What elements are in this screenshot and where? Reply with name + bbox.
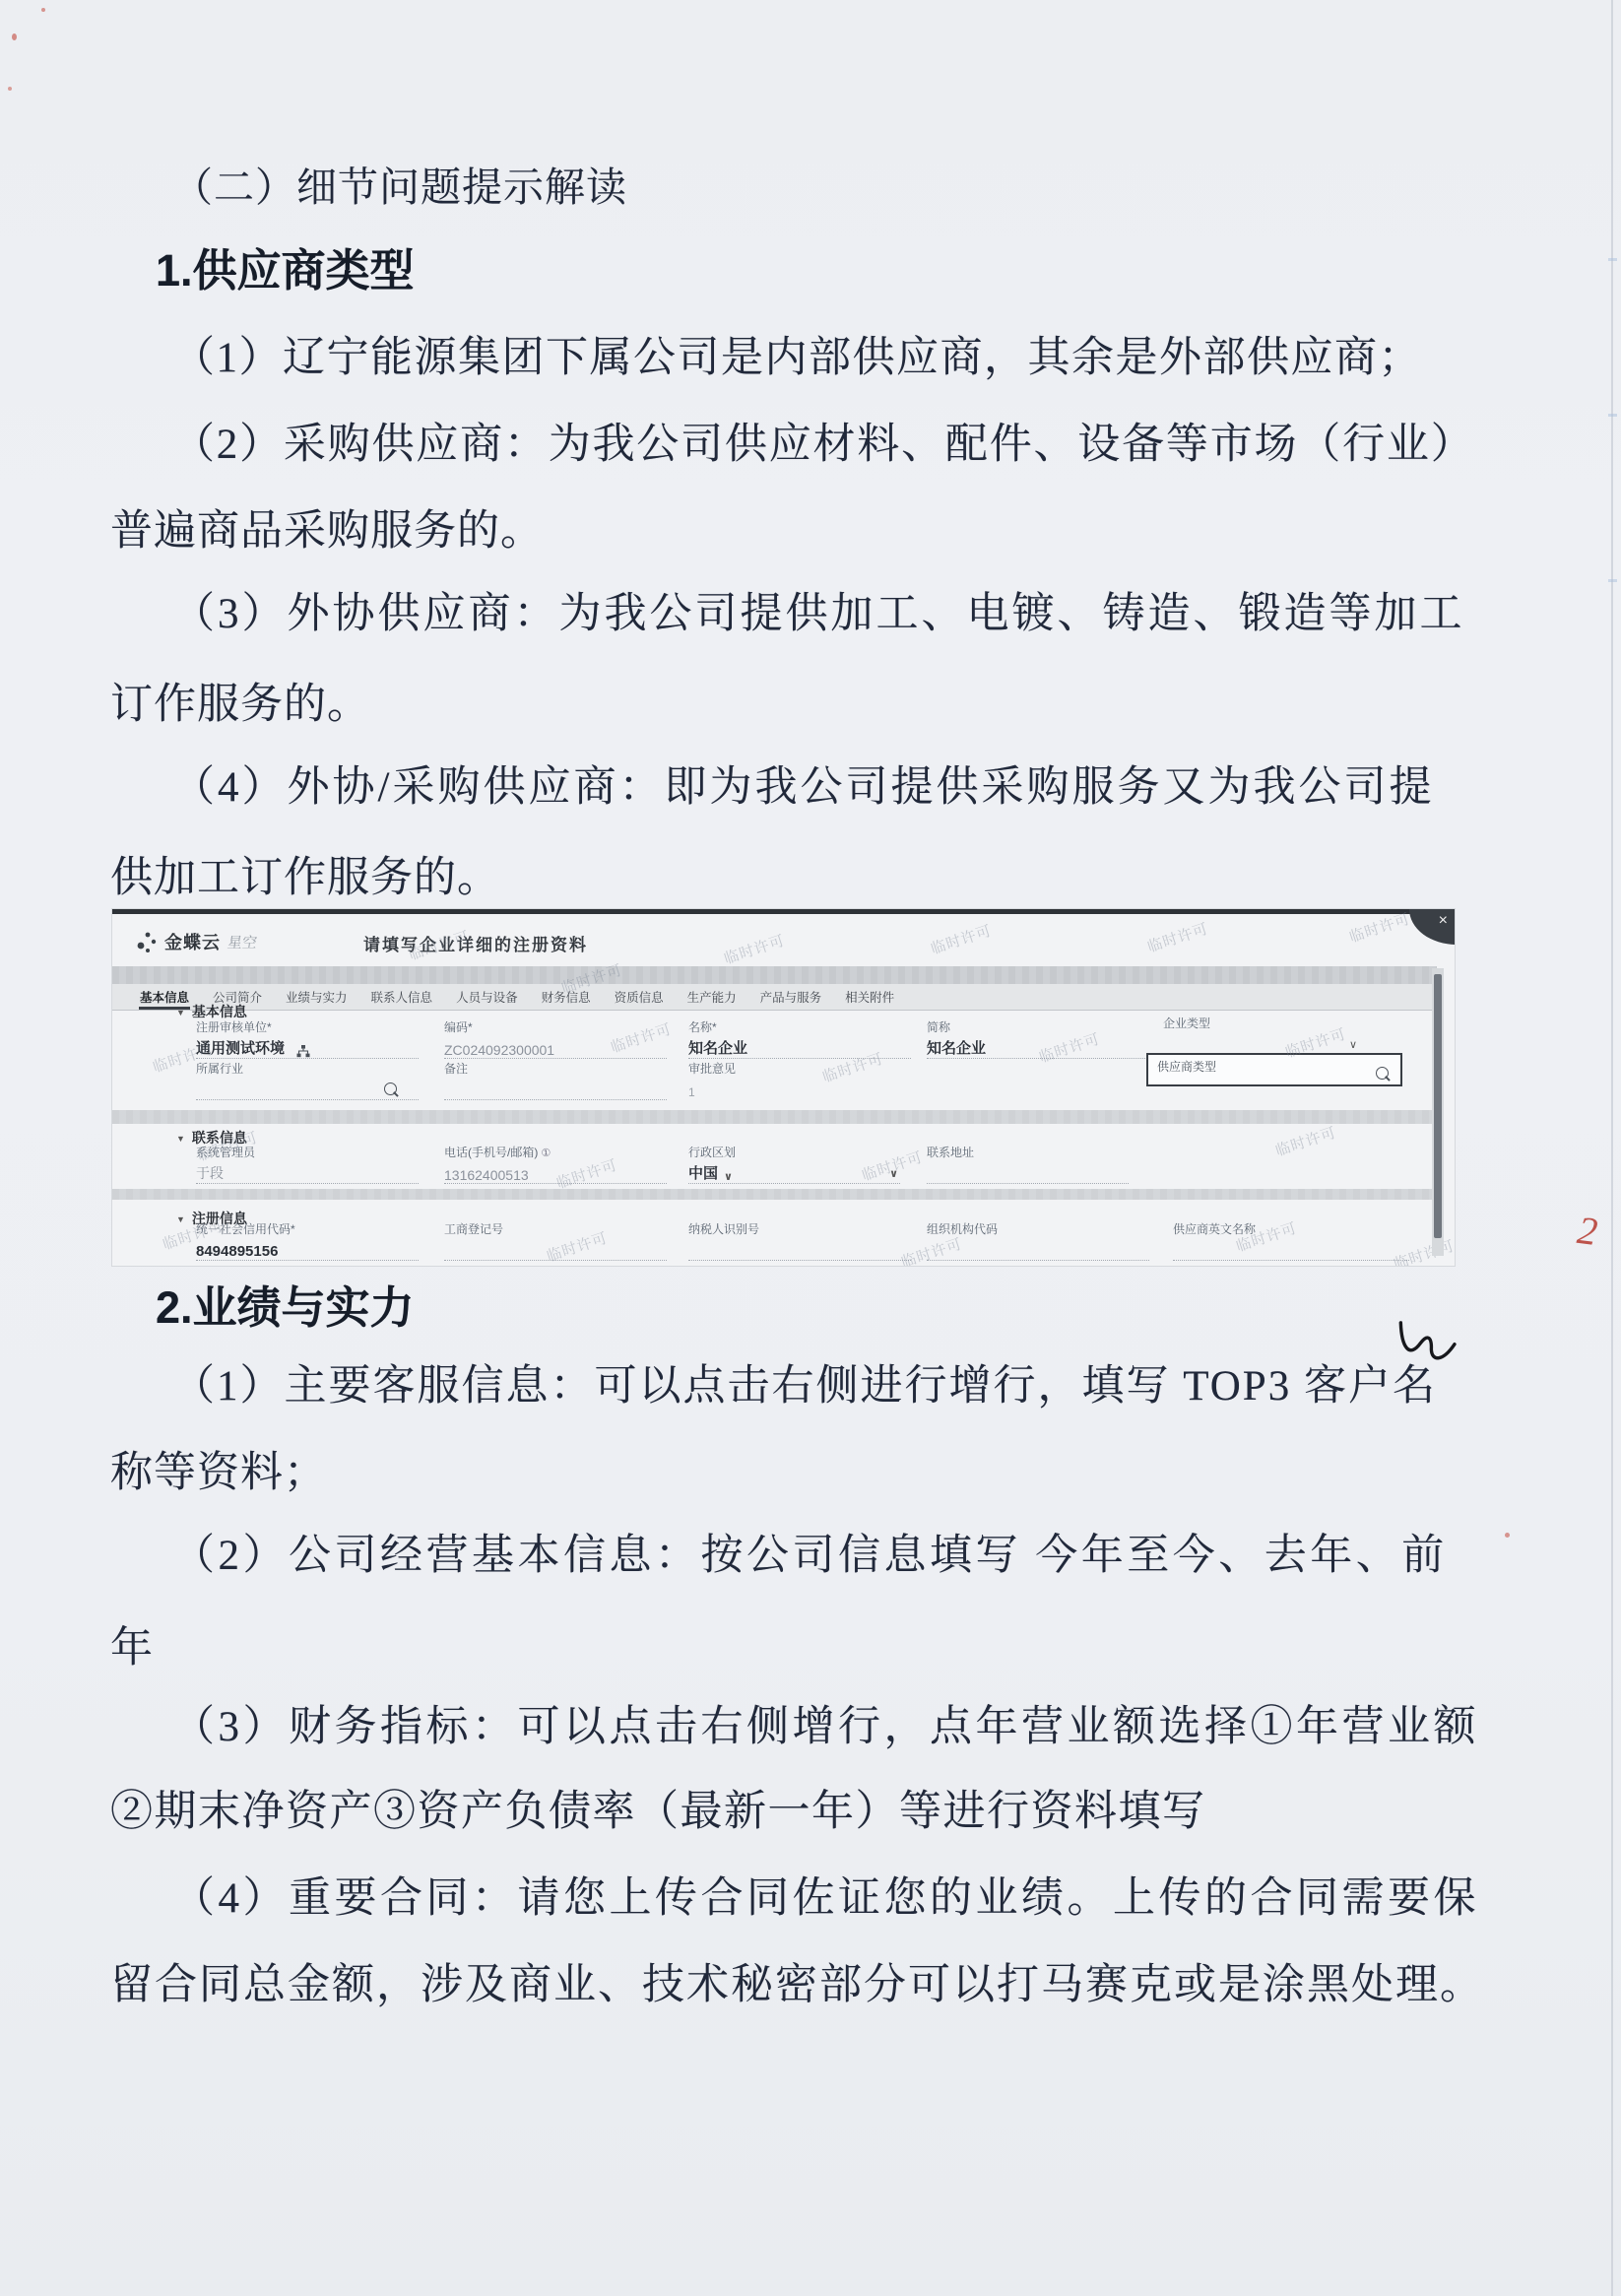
brand-name: 金蝶云 bbox=[164, 929, 221, 954]
doc-heading-supplier-type: 1.供应商类型 bbox=[156, 246, 415, 295]
separator-band bbox=[112, 1110, 1437, 1124]
chevron-down-icon[interactable]: ∨ bbox=[889, 1169, 898, 1180]
scanned-document-page: （二）细节问题提示解读 1.供应商类型 （1）辽宁能源集团下属公司是内部供应商，… bbox=[0, 0, 1621, 2296]
tab-performance-strength[interactable]: 业绩与实力 bbox=[285, 984, 349, 1010]
field-name: 名称* 知名企业 bbox=[688, 1018, 911, 1059]
collapse-arrow-icon: ▼ bbox=[176, 1134, 185, 1144]
doc-line: （3）财务指标：可以点击右侧增行，点年营业额选择①年营业额 bbox=[172, 1704, 1479, 1751]
tab-related-attachments[interactable]: 相关附件 bbox=[844, 984, 895, 1010]
tab-qualification-info[interactable]: 资质信息 bbox=[614, 984, 665, 1010]
region-select[interactable]: 中国 ∨ ∨ bbox=[688, 1163, 900, 1184]
doc-line: （1）主要客服信息：可以点击右侧进行增行，填写 TOP3 客户名 bbox=[172, 1363, 1437, 1410]
supplier-en-name-input[interactable] bbox=[1173, 1240, 1409, 1261]
tab-contact-person-info[interactable]: 联系人信息 bbox=[370, 984, 434, 1010]
kingdee-logo-icon bbox=[136, 930, 158, 953]
dialog-header: 金蝶云 星空 bbox=[136, 925, 257, 958]
field-enterprise-type: 企业类型 ∨ bbox=[1163, 1015, 1402, 1055]
uscc-input[interactable]: 8494895156 bbox=[196, 1240, 419, 1261]
doc-line: 供加工订作服务的。 bbox=[110, 855, 500, 902]
doc-line: （2）公司经营基本信息：按公司信息填写 今年至今、去年、前 bbox=[172, 1533, 1448, 1580]
field-business-reg-no: 工商登记号 bbox=[444, 1220, 667, 1261]
code-input[interactable]: ZC024092300001 bbox=[444, 1038, 667, 1059]
watermark: 临时许可 bbox=[721, 930, 787, 969]
field-audit-unit: 注册审核单位* 通用测试环境 bbox=[196, 1018, 419, 1059]
field-value: 13162400513 bbox=[444, 1167, 529, 1183]
industry-input[interactable] bbox=[196, 1080, 419, 1100]
kingdee-logo bbox=[136, 930, 158, 953]
scan-speck bbox=[8, 87, 12, 91]
chevron-down-icon[interactable]: ∨ bbox=[724, 1172, 733, 1183]
scan-tick bbox=[1608, 258, 1617, 261]
field-label: 联系地址 bbox=[927, 1144, 1129, 1160]
name-input[interactable]: 知名企业 bbox=[688, 1038, 911, 1059]
supplier-type-box[interactable]: 供应商类型 bbox=[1146, 1053, 1402, 1086]
close-button[interactable]: × bbox=[1409, 909, 1456, 945]
field-label: 简称 bbox=[927, 1018, 1149, 1035]
tab-production-capacity[interactable]: 生产能力 bbox=[686, 984, 738, 1010]
scan-speck bbox=[12, 33, 17, 40]
registration-dialog: × 金蝶云 星空 请填写企业详细的注册资料 基本信息 公司简介 业绩与实力 联系… bbox=[111, 908, 1456, 1267]
remark-input[interactable] bbox=[444, 1080, 667, 1100]
field-address: 联系地址 bbox=[927, 1144, 1129, 1184]
field-label: 供应商类型 bbox=[1157, 1058, 1216, 1075]
doc-section-title: （二）细节问题提示解读 bbox=[172, 165, 627, 211]
doc-line: （4）重要合同：请您上传合同佐证您的业绩。上传的合同需要保 bbox=[172, 1875, 1479, 1923]
doc-heading-performance: 2.业绩与实力 bbox=[156, 1283, 415, 1333]
field-label: 审批意见 bbox=[688, 1060, 911, 1077]
field-label: 名称* bbox=[688, 1018, 911, 1035]
doc-line: 普遍商品采购服务的。 bbox=[110, 508, 544, 556]
watermark: 临时许可 bbox=[1272, 1122, 1338, 1161]
system-admin-input[interactable]: 于段 bbox=[196, 1163, 419, 1184]
scan-tick bbox=[1608, 579, 1617, 582]
short-name-input[interactable]: 知名企业 bbox=[927, 1038, 1149, 1059]
info-icon[interactable]: ① bbox=[541, 1147, 551, 1159]
field-code: 编码* ZC024092300001 bbox=[444, 1018, 667, 1059]
field-org-code: 组织机构代码 bbox=[927, 1220, 1149, 1261]
field-short-name: 简称 知名企业 bbox=[927, 1018, 1149, 1059]
handwritten-margin-mark: 2 bbox=[1575, 1207, 1600, 1255]
field-label: 供应商英文名称 bbox=[1173, 1220, 1409, 1237]
chevron-down-icon[interactable]: ∨ bbox=[1349, 1040, 1357, 1051]
tab-finance-info[interactable]: 财务信息 bbox=[541, 984, 592, 1010]
field-industry: 所属行业 bbox=[196, 1060, 419, 1100]
field-value: ZC024092300001 bbox=[444, 1042, 554, 1058]
doc-line: （3）外协供应商：为我公司提供加工、电镀、铸造、锻造等加工 bbox=[172, 591, 1465, 638]
field-label: 备注 bbox=[444, 1060, 667, 1077]
field-remark: 备注 bbox=[444, 1060, 667, 1100]
address-input[interactable] bbox=[927, 1163, 1129, 1184]
doc-line: （1）辽宁能源集团下属公司是内部供应商，其余是外部供应商； bbox=[172, 335, 1422, 382]
doc-line: 年 bbox=[110, 1625, 154, 1673]
field-supplier-en-name: 供应商英文名称 bbox=[1173, 1220, 1409, 1261]
collapse-arrow-icon: ▼ bbox=[176, 1214, 185, 1224]
field-label: 编码* bbox=[444, 1018, 667, 1035]
field-value: 知名企业 bbox=[927, 1037, 986, 1058]
scan-speck bbox=[41, 8, 45, 12]
field-label: 注册审核单位* bbox=[196, 1018, 419, 1035]
doc-line: 留合同总金额，涉及商业、技术秘密部分可以打马赛克或是涂黑处理。 bbox=[110, 1962, 1484, 2009]
field-label: 企业类型 bbox=[1163, 1015, 1402, 1031]
scan-speck bbox=[1505, 1533, 1510, 1538]
field-value: 通用测试环境 bbox=[196, 1037, 285, 1058]
field-label: 纳税人识别号 bbox=[688, 1220, 911, 1237]
doc-line: ②期末净资产③资产负债率（最新一年）等进行资料填写 bbox=[110, 1789, 1206, 1836]
field-label: 电话(手机号/邮箱)① bbox=[444, 1144, 667, 1160]
field-value: 8494895156 bbox=[196, 1243, 278, 1260]
scan-tick bbox=[1608, 414, 1617, 417]
tab-bar: 基本信息 公司简介 业绩与实力 联系人信息 人员与设备 财务信息 资质信息 生产… bbox=[112, 984, 1437, 1011]
doc-line: （2）采购供应商：为我公司供应材料、配件、设备等市场（行业） bbox=[172, 422, 1475, 469]
scan-edge-line bbox=[1611, 0, 1613, 2296]
enterprise-type-select[interactable]: ∨ bbox=[1163, 1034, 1402, 1055]
field-label: 系统管理员 bbox=[196, 1144, 419, 1160]
audit-unit-input[interactable]: 通用测试环境 bbox=[196, 1038, 419, 1059]
scrollbar-thumb[interactable] bbox=[1434, 974, 1442, 1238]
doc-line: 称等资料； bbox=[110, 1450, 327, 1497]
section-title: 基本信息 bbox=[192, 1004, 247, 1019]
collapse-arrow-icon: ▼ bbox=[176, 1008, 185, 1017]
watermark: 临时许可 bbox=[1144, 918, 1210, 957]
tab-products-services[interactable]: 产品与服务 bbox=[759, 984, 823, 1010]
separator-band bbox=[112, 1189, 1437, 1200]
separator-band bbox=[112, 966, 1437, 984]
field-value: 于段 bbox=[196, 1163, 224, 1183]
doc-line: 订作服务的。 bbox=[110, 682, 370, 729]
org-code-input[interactable] bbox=[927, 1240, 1149, 1261]
field-taxpayer-id: 纳税人识别号 bbox=[688, 1220, 911, 1261]
dialog-title: 请填写企业详细的注册资料 bbox=[363, 931, 588, 955]
brand-suffix: 星空 bbox=[227, 932, 259, 952]
field-uscc: 统一社会信用代码* 8494895156 bbox=[196, 1220, 419, 1261]
field-region: 行政区划 中国 ∨ ∨ bbox=[688, 1144, 900, 1184]
org-lookup-icon[interactable] bbox=[296, 1045, 310, 1058]
phone-input[interactable]: 13162400513 bbox=[444, 1163, 667, 1184]
approval-opinion-input[interactable]: 1 bbox=[688, 1080, 911, 1099]
field-system-admin: 系统管理员 于段 bbox=[196, 1144, 419, 1184]
dialog-top-border bbox=[112, 909, 1456, 914]
field-approval-opinion: 审批意见 1 bbox=[688, 1060, 911, 1099]
business-reg-input[interactable] bbox=[444, 1240, 667, 1261]
field-label: 组织机构代码 bbox=[927, 1220, 1149, 1237]
field-phone: 电话(手机号/邮箱)① 13162400513 bbox=[444, 1144, 667, 1184]
doc-line: （4）外协/采购供应商：即为我公司提供采购服务又为我公司提 bbox=[172, 764, 1434, 812]
field-label: 所属行业 bbox=[196, 1060, 419, 1077]
field-value: 1 bbox=[688, 1085, 695, 1099]
field-value: 知名企业 bbox=[688, 1037, 747, 1058]
field-label: 工商登记号 bbox=[444, 1220, 667, 1237]
field-label: 统一社会信用代码* bbox=[196, 1220, 419, 1237]
close-icon: × bbox=[1439, 913, 1448, 929]
search-icon[interactable] bbox=[384, 1082, 397, 1095]
field-value: 中国 bbox=[688, 1162, 718, 1183]
taxpayer-id-input[interactable] bbox=[688, 1240, 911, 1261]
watermark: 临时许可 bbox=[928, 920, 994, 959]
tab-personnel-equipment[interactable]: 人员与设备 bbox=[455, 984, 519, 1010]
search-icon[interactable] bbox=[1376, 1067, 1389, 1080]
field-label: 行政区划 bbox=[688, 1144, 900, 1160]
